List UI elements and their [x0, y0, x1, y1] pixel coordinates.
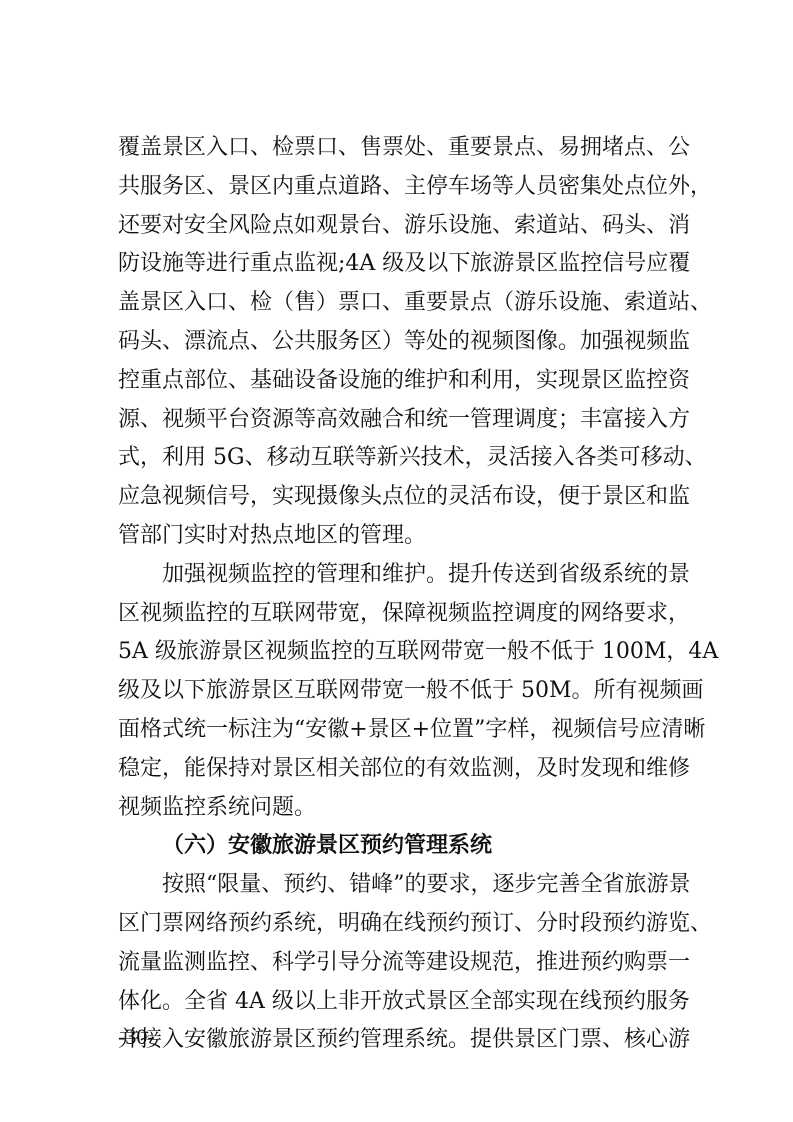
- document-page: 覆盖景区入口、检票口、售票处、重要景点、易拥堵点、公 共服务区、景区内重点道路、…: [0, 0, 793, 1122]
- page-number: -30-: [118, 1024, 155, 1050]
- paragraph-1-line-10: 应急视频信号，实现摄像头点位的灵活布设，便于景区和监: [118, 483, 680, 511]
- section-paragraph-line-1: 按照“限量、预约、错峰”的要求，逐步完善全省旅游景: [162, 871, 680, 899]
- paragraph-1-line-11: 管部门实时对热点地区的管理。: [118, 522, 680, 550]
- paragraph-2-line-5: 面格式统一标注为“安徽+景区+位置”字样，视频信号应清晰: [118, 716, 680, 744]
- paragraph-1-line-3: 还要对安全风险点如观景台、游乐设施、索道站、码头、消: [118, 212, 680, 240]
- section-paragraph-line-4: 体化。全省 4A 级以上非开放式景区全部实现在线预约服务: [118, 988, 680, 1016]
- section-paragraph-line-3: 流量监测监控、科学引导分流等建设规范，推进预约购票一: [118, 949, 680, 977]
- paragraph-1-line-2: 共服务区、景区内重点道路、主停车场等人员密集处点位外，: [118, 173, 680, 201]
- paragraph-1-line-7: 控重点部位、基础设备设施的维护和利用，实现景区监控资: [118, 367, 680, 395]
- paragraph-2-line-4: 级及以下旅游景区互联网带宽一般不低于 50M。所有视频画: [118, 677, 680, 705]
- paragraph-1-line-4: 防设施等进行重点监视;4A 级及以下旅游景区监控信号应覆: [118, 250, 680, 278]
- paragraph-2-line-6: 稳定，能保持对景区相关部位的有效监测，及时发现和维修: [118, 755, 680, 783]
- paragraph-2-line-2: 区视频监控的互联网带宽，保障视频监控调度的网络要求，: [118, 600, 680, 628]
- paragraph-1-line-6: 码头、漂流点、公共服务区）等处的视频图像。加强视频监: [118, 328, 680, 356]
- paragraph-2-line-1: 加强视频监控的管理和维护。提升传送到省级系统的景: [162, 561, 680, 589]
- section-heading: （六）安徽旅游景区预约管理系统: [162, 832, 492, 860]
- section-paragraph-line-2: 区门票网络预约系统，明确在线预约预订、分时段预约游览、: [118, 910, 680, 938]
- paragraph-2-line-3: 5A 级旅游景区视频监控的互联网带宽一般不低于 100M，4A: [118, 638, 680, 666]
- section-paragraph-line-5: 并接入安徽旅游景区预约管理系统。提供景区门票、核心游: [118, 1026, 680, 1054]
- paragraph-2-line-7: 视频监控系统问题。: [118, 794, 680, 822]
- paragraph-1-line-9: 式，利用 5G、移动互联等新兴技术，灵活接入各类可移动、: [118, 444, 680, 472]
- paragraph-1-line-1: 覆盖景区入口、检票口、售票处、重要景点、易拥堵点、公: [118, 134, 680, 162]
- paragraph-1-line-8: 源、视频平台资源等高效融合和统一管理调度；丰富接入方: [118, 406, 680, 434]
- paragraph-1-line-5: 盖景区入口、检（售）票口、重要景点（游乐设施、索道站、: [118, 289, 680, 317]
